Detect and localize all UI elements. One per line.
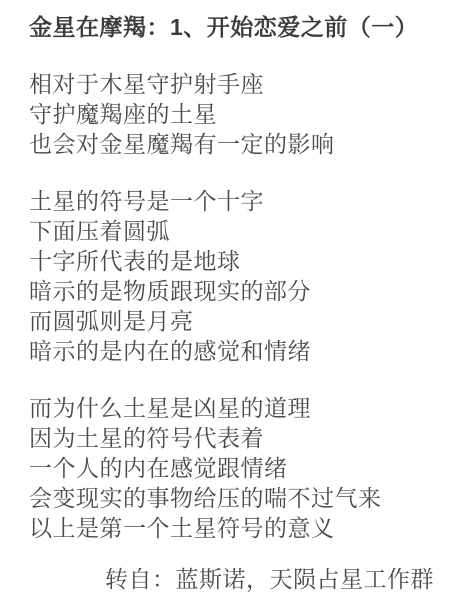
paragraph-saturn-meaning: 而为什么土星是凶星的道理 因为土星的符号代表着 一个人的内在感觉跟情绪 会变现实… [29, 393, 435, 543]
text-line: 下面压着圆弧 [29, 216, 435, 246]
page-title: 金星在摩羯：1、开始恋爱之前（一） [29, 12, 435, 42]
text-line: 而为什么土星是凶星的道理 [29, 393, 435, 423]
text-line: 暗示的是内在的感觉和情绪 [29, 336, 435, 366]
text-line: 一个人的内在感觉跟情绪 [29, 453, 435, 483]
paragraph-intro: 相对于木星守护射手座 守护魔羯座的土星 也会对金星魔羯有一定的影响 [29, 69, 435, 159]
text-line: 暗示的是物质跟现实的部分 [29, 276, 435, 306]
text-line: 也会对金星魔羯有一定的影响 [29, 129, 435, 159]
text-line: 相对于木星守护射手座 [29, 69, 435, 99]
text-line: 土星的符号是一个十字 [29, 186, 435, 216]
text-line: 会变现实的事物给压的喘不过气来 [29, 483, 435, 513]
text-page: 金星在摩羯：1、开始恋爱之前（一） 相对于木星守护射手座 守护魔羯座的土星 也会… [0, 0, 449, 600]
text-line: 而圆弧则是月亮 [29, 306, 435, 336]
text-line: 守护魔羯座的土星 [29, 99, 435, 129]
text-line: 十字所代表的是地球 [29, 246, 435, 276]
paragraph-saturn-symbol: 土星的符号是一个十字 下面压着圆弧 十字所代表的是地球 暗示的是物质跟现实的部分… [29, 186, 435, 366]
attribution-line: 转自：蓝斯诺，天陨占星工作群 [29, 564, 435, 594]
text-line: 以上是第一个土星符号的意义 [29, 513, 435, 543]
text-line: 因为土星的符号代表着 [29, 423, 435, 453]
